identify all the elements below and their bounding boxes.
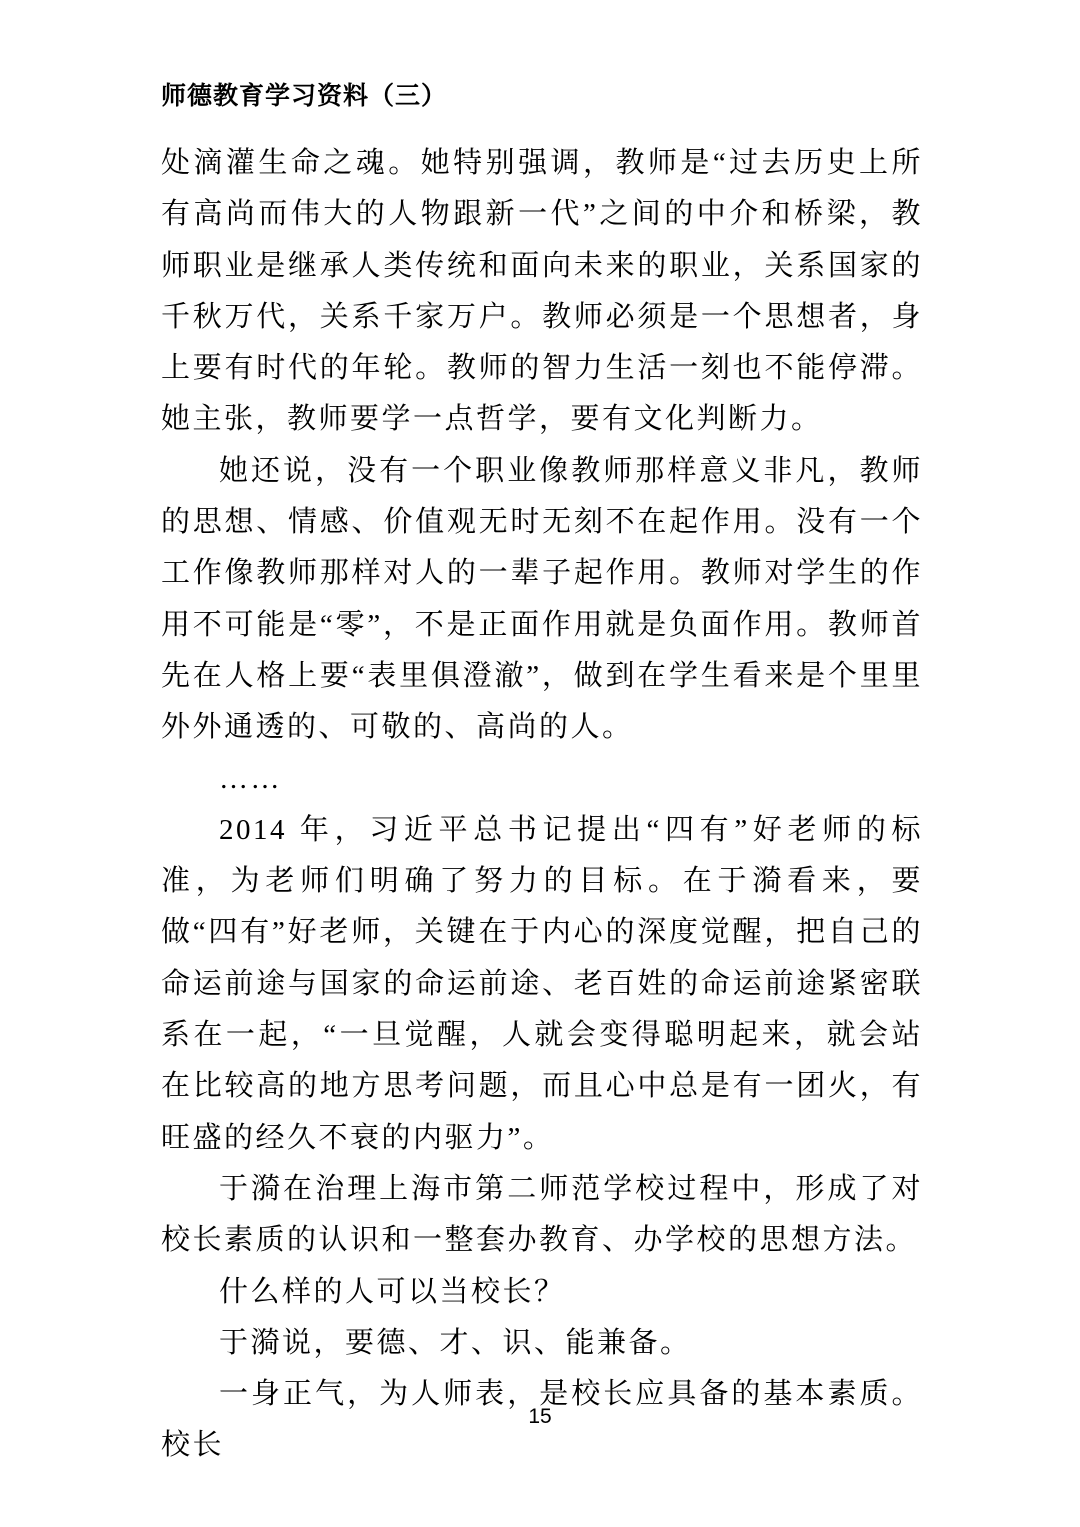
paragraph: 她还说，没有一个职业像教师那样意义非凡，教师的思想、情感、价值观无时无刻不在起作… [161,446,923,754]
paragraph: 于漪说，要德、才、识、能兼备。 [161,1318,923,1369]
document-body: 处滴灌生命之魂。她特别强调，教师是“过去历史上所有高尚而伟大的人物跟新一代”之间… [161,138,923,1472]
paragraph: 于漪在治理上海市第二师范学校过程中，形成了对校长素质的认识和一整套办教育、办学校… [161,1164,923,1267]
paragraph: 什么样的人可以当校长？ [161,1267,923,1318]
paragraph: 2014 年，习近平总书记提出“四有”好老师的标准，为老师们明确了努力的目标。在… [161,805,923,1164]
page-number: 15 [0,1405,1080,1429]
paragraph-ellipsis: …… [161,754,923,805]
paragraph: 处滴灌生命之魂。她特别强调，教师是“过去历史上所有高尚而伟大的人物跟新一代”之间… [161,138,923,446]
document-page: 师德教育学习资料（三） 处滴灌生命之魂。她特别强调，教师是“过去历史上所有高尚而… [0,0,1080,1527]
document-header-title: 师德教育学习资料（三） [161,76,447,112]
